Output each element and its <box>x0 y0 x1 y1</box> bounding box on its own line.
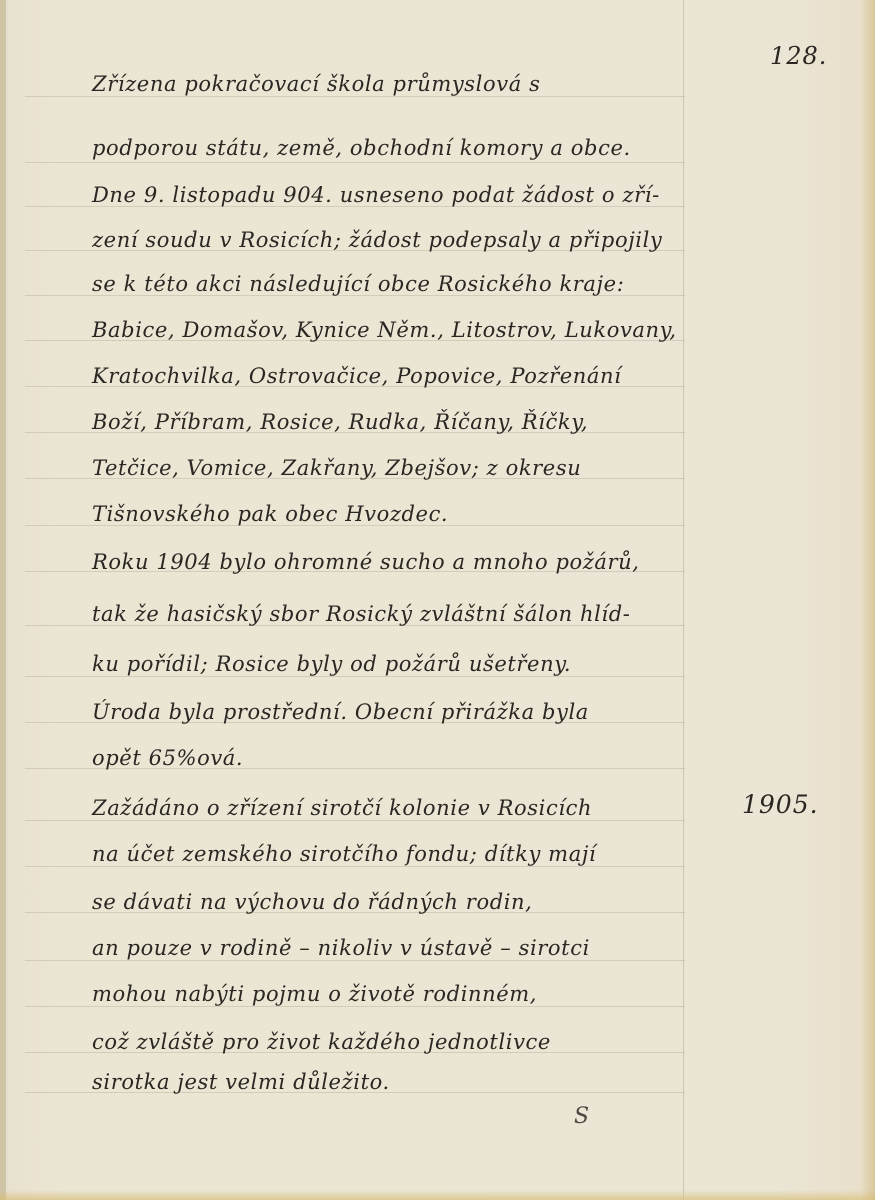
ruled-line <box>25 866 685 867</box>
text-line: se dávati na výchovu do řádných rodin, <box>92 890 532 914</box>
closing-mark: S <box>574 1104 589 1129</box>
ruled-line <box>25 820 685 821</box>
text-line: což zvláště pro život každého jednotlivc… <box>92 1030 551 1054</box>
manuscript-page: 128. 1905. Zřízena pokračovací škola prů… <box>0 0 875 1200</box>
binding-edge <box>0 0 6 1200</box>
text-line: mohou nabýti pojmu o životě rodinném, <box>92 982 537 1006</box>
ruled-line <box>25 1006 685 1007</box>
margin-rule <box>683 0 684 1200</box>
ruled-line <box>25 960 685 961</box>
text-line: opět 65%ová. <box>92 746 243 770</box>
text-line: Boží, Příbram, Rosice, Rudka, Říčany, Ří… <box>92 410 588 434</box>
text-line: sirotka jest velmi důležito. <box>92 1070 390 1094</box>
text-line: podporou státu, země, obchodní komory a … <box>92 136 631 160</box>
ruled-line <box>25 676 685 677</box>
text-line: na účet zemského sirotčího fondu; dítky … <box>92 842 596 866</box>
text-line: tak že hasičský sbor Rosický zvláštní šá… <box>92 602 630 626</box>
text-line: Zažádáno o zřízení sirotčí kolonie v Ros… <box>92 796 592 820</box>
ruled-line <box>25 162 685 163</box>
text-line: zení soudu v Rosicích; žádost podepsaly … <box>92 228 662 252</box>
text-line: se k této akci následující obce Rosickéh… <box>92 272 624 296</box>
margin-year-note: 1905. <box>742 790 819 819</box>
text-line: Roku 1904 bylo ohromné sucho a mnoho pož… <box>92 550 640 574</box>
text-line: Tetčice, Vomice, Zakřany, Zbejšov; z okr… <box>92 456 581 480</box>
text-line: Babice, Domašov, Kynice Něm., Litostrov,… <box>92 318 677 342</box>
text-line: ku pořídil; Rosice byly od požárů ušetře… <box>92 652 571 676</box>
text-line: Tišnovského pak obec Hvozdec. <box>92 502 448 526</box>
text-line: Kratochvilka, Ostrovačice, Popovice, Poz… <box>92 364 622 388</box>
text-line: Úroda byla prostřední. Obecní přirážka b… <box>92 700 589 724</box>
text-line: Zřízena pokračovací škola průmyslová s <box>92 72 540 96</box>
ruled-line <box>25 96 685 97</box>
text-line: Dne 9. listopadu 904. usneseno podat žád… <box>92 183 660 207</box>
text-line: an pouze v rodině – nikoliv v ústavě – s… <box>92 936 590 960</box>
page-number: 128. <box>770 42 827 70</box>
